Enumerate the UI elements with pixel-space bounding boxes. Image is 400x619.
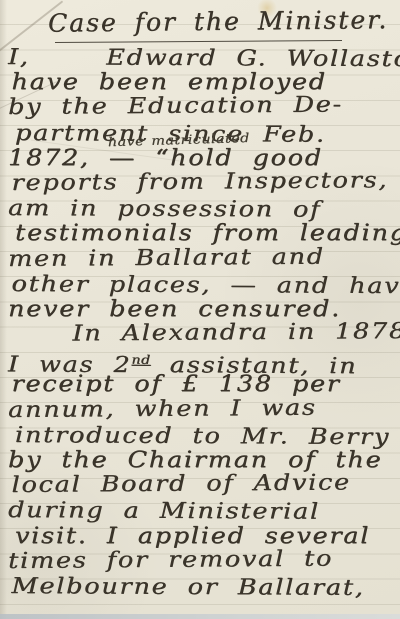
manuscript-line: annum, when I was: [8, 395, 400, 423]
manuscript-line: I was 2nd assistant, in: [8, 347, 400, 374]
manuscript-line: during a Ministerial: [8, 498, 400, 525]
document-title: Case for the Minister.: [48, 4, 358, 39]
line-text: I was 2: [8, 353, 132, 379]
manuscript-page: Case for the Minister. I, Edward G. Woll…: [0, 0, 400, 619]
manuscript-line: reports from Inspectors,: [8, 168, 400, 196]
manuscript-line: local Board of Advice: [8, 470, 400, 498]
manuscript-line: am in possession of: [8, 196, 400, 223]
manuscript-body: I, Edward G. Wollaston, have been employ…: [8, 45, 400, 599]
manuscript-line: times for removal to: [8, 546, 400, 574]
manuscript-line: In Alexandra in 1878: [8, 319, 400, 347]
manuscript-line: Melbourne or Ballarat,: [8, 574, 400, 601]
manuscript-line: by the Education De-: [8, 92, 400, 120]
manuscript-line: I, Edward G. Wollaston,: [8, 45, 400, 72]
line-text: assistant, in: [150, 353, 357, 379]
manuscript-line: 1872, — “hold goodhave matriculated: [8, 146, 400, 171]
paper-left-edge: [0, 0, 7, 619]
manuscript-line: men in Ballarat and: [8, 244, 400, 272]
manuscript-line: other places, — and have: [8, 272, 400, 299]
manuscript-line: by the Chairman of the: [8, 448, 400, 473]
line-text: 1872, — “hold good: [8, 146, 323, 171]
manuscript-line: visit. I applied several: [8, 524, 400, 549]
paper-bottom-edge: [0, 614, 400, 619]
title-underline: [55, 40, 342, 43]
manuscript-line: never been censured.: [8, 297, 400, 322]
interlinear-insertion: have matriculated: [108, 132, 250, 148]
manuscript-line: introduced to Mr. Berry: [8, 423, 400, 450]
manuscript-line: testimonials from leading: [8, 221, 400, 246]
ordinal-superscript: nd: [131, 353, 150, 367]
